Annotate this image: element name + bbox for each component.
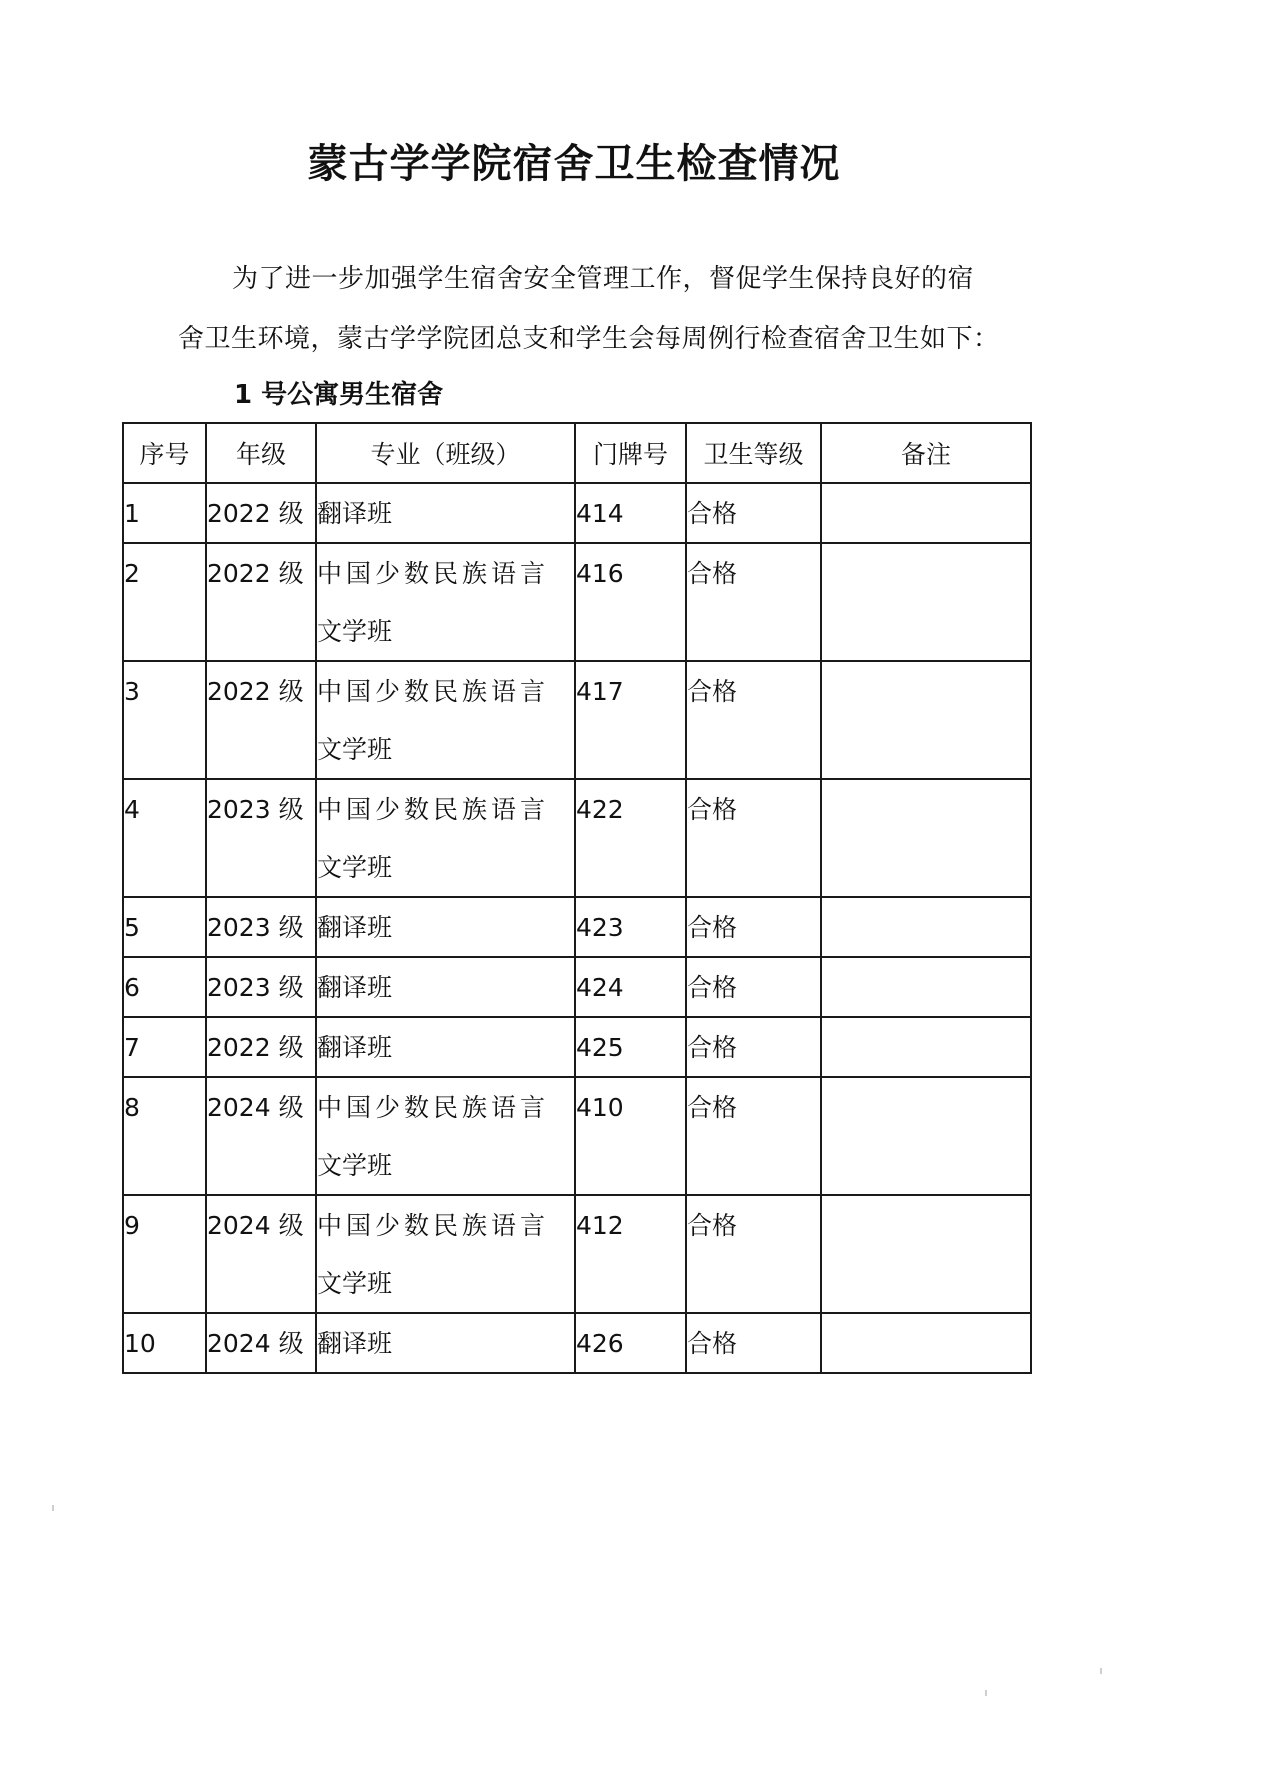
- cell-hygiene-level: 合格: [687, 1092, 820, 1124]
- cell-room: 416: [576, 558, 685, 590]
- cell-grade: 2024 级: [207, 1328, 315, 1360]
- cell-hygiene-level: 合格: [687, 972, 820, 1004]
- cell-no: 4: [124, 794, 205, 826]
- cell-major-line-1: 中国少数民族语言: [317, 558, 574, 590]
- cell-grade: 2023 级: [207, 912, 315, 944]
- cell-grade: 2022 级: [207, 676, 315, 708]
- cell-hygiene-level: 合格: [687, 794, 820, 826]
- cell-grade: 2022 级: [207, 1032, 315, 1064]
- cell-major-line-1: 中国少数民族语言: [317, 676, 574, 708]
- cell-hygiene-level: 合格: [687, 1210, 820, 1242]
- table-row: 2 2022 级 中国少数民族语言 文学班 416 合格: [123, 543, 1031, 661]
- cell-grade: 2022 级: [207, 498, 315, 530]
- cell-grade: 2024 级: [207, 1210, 315, 1242]
- cell-hygiene-level: 合格: [687, 1032, 820, 1064]
- header-hygiene-level: 卫生等级: [686, 423, 821, 483]
- cell-grade: 2023 级: [207, 972, 315, 1004]
- cell-major: 翻译班: [317, 498, 574, 530]
- intro-paragraph-line-2: 舍卫生环境，蒙古学学院团总支和学生会每周例行检查宿舍卫生如下：: [178, 318, 1000, 355]
- cell-no: 10: [124, 1328, 205, 1360]
- header-note: 备注: [821, 423, 1031, 483]
- section-heading: 1 号公寓男生宿舍: [234, 374, 443, 411]
- cell-no: 2: [124, 558, 205, 590]
- table-header-row: 序号 年级 专业（班级） 门牌号 卫生等级 备注: [123, 423, 1031, 483]
- cell-no: 5: [124, 912, 205, 944]
- cell-room: 414: [576, 498, 685, 530]
- header-grade: 年级: [206, 423, 316, 483]
- cell-major-line-1: 中国少数民族语言: [317, 1210, 574, 1242]
- table-row: 4 2023 级 中国少数民族语言 文学班 422 合格: [123, 779, 1031, 897]
- scan-speck: [985, 1690, 987, 1696]
- cell-hygiene-level: 合格: [687, 1328, 820, 1360]
- cell-major-line-2: 文学班: [317, 852, 574, 884]
- cell-grade: 2023 级: [207, 794, 315, 826]
- cell-no: 1: [124, 498, 205, 530]
- cell-grade: 2022 级: [207, 558, 315, 590]
- cell-no: 6: [124, 972, 205, 1004]
- table-row: 10 2024 级 翻译班 426 合格: [123, 1313, 1031, 1373]
- table-row: 3 2022 级 中国少数民族语言 文学班 417 合格: [123, 661, 1031, 779]
- cell-hygiene-level: 合格: [687, 912, 820, 944]
- cell-no: 9: [124, 1210, 205, 1242]
- cell-hygiene-level: 合格: [687, 676, 820, 708]
- header-major: 专业（班级）: [316, 423, 575, 483]
- cell-room: 424: [576, 972, 685, 1004]
- cell-room: 425: [576, 1032, 685, 1064]
- cell-major: 翻译班: [317, 1328, 574, 1360]
- cell-major-line-1: 中国少数民族语言: [317, 1092, 574, 1124]
- table-row: 7 2022 级 翻译班 425 合格: [123, 1017, 1031, 1077]
- cell-hygiene-level: 合格: [687, 558, 820, 590]
- cell-major: 翻译班: [317, 912, 574, 944]
- cell-no: 7: [124, 1032, 205, 1064]
- cell-major-line-2: 文学班: [317, 616, 574, 648]
- inspection-table: 序号 年级 专业（班级） 门牌号 卫生等级 备注 1 2022 级 翻译班 41…: [122, 422, 1032, 1374]
- cell-no: 8: [124, 1092, 205, 1124]
- cell-major-line-1: 中国少数民族语言: [317, 794, 574, 826]
- cell-major-line-2: 文学班: [317, 1150, 574, 1182]
- cell-room: 410: [576, 1092, 685, 1124]
- table-row: 8 2024 级 中国少数民族语言 文学班 410 合格: [123, 1077, 1031, 1195]
- cell-major-line-2: 文学班: [317, 1268, 574, 1300]
- cell-room: 423: [576, 912, 685, 944]
- scan-speck: [1100, 1668, 1102, 1674]
- table-row: 9 2024 级 中国少数民族语言 文学班 412 合格: [123, 1195, 1031, 1313]
- scan-speck: [52, 1505, 54, 1511]
- cell-major: 翻译班: [317, 1032, 574, 1064]
- cell-room: 422: [576, 794, 685, 826]
- header-no: 序号: [123, 423, 206, 483]
- intro-paragraph-line-1: 为了进一步加强学生宿舍安全管理工作，督促学生保持良好的宿: [232, 258, 974, 295]
- cell-grade: 2024 级: [207, 1092, 315, 1124]
- table-row: 6 2023 级 翻译班 424 合格: [123, 957, 1031, 1017]
- document-title: 蒙古学学院宿舍卫生检查情况: [0, 132, 1148, 189]
- cell-major: 翻译班: [317, 972, 574, 1004]
- table-row: 1 2022 级 翻译班 414 合格: [123, 483, 1031, 543]
- cell-room: 417: [576, 676, 685, 708]
- cell-no: 3: [124, 676, 205, 708]
- cell-major-line-2: 文学班: [317, 734, 574, 766]
- header-room: 门牌号: [575, 423, 686, 483]
- cell-hygiene-level: 合格: [687, 498, 820, 530]
- table-row: 5 2023 级 翻译班 423 合格: [123, 897, 1031, 957]
- cell-room: 426: [576, 1328, 685, 1360]
- cell-room: 412: [576, 1210, 685, 1242]
- document-page: 蒙古学学院宿舍卫生检查情况 为了进一步加强学生宿舍安全管理工作，督促学生保持良好…: [0, 0, 1280, 1770]
